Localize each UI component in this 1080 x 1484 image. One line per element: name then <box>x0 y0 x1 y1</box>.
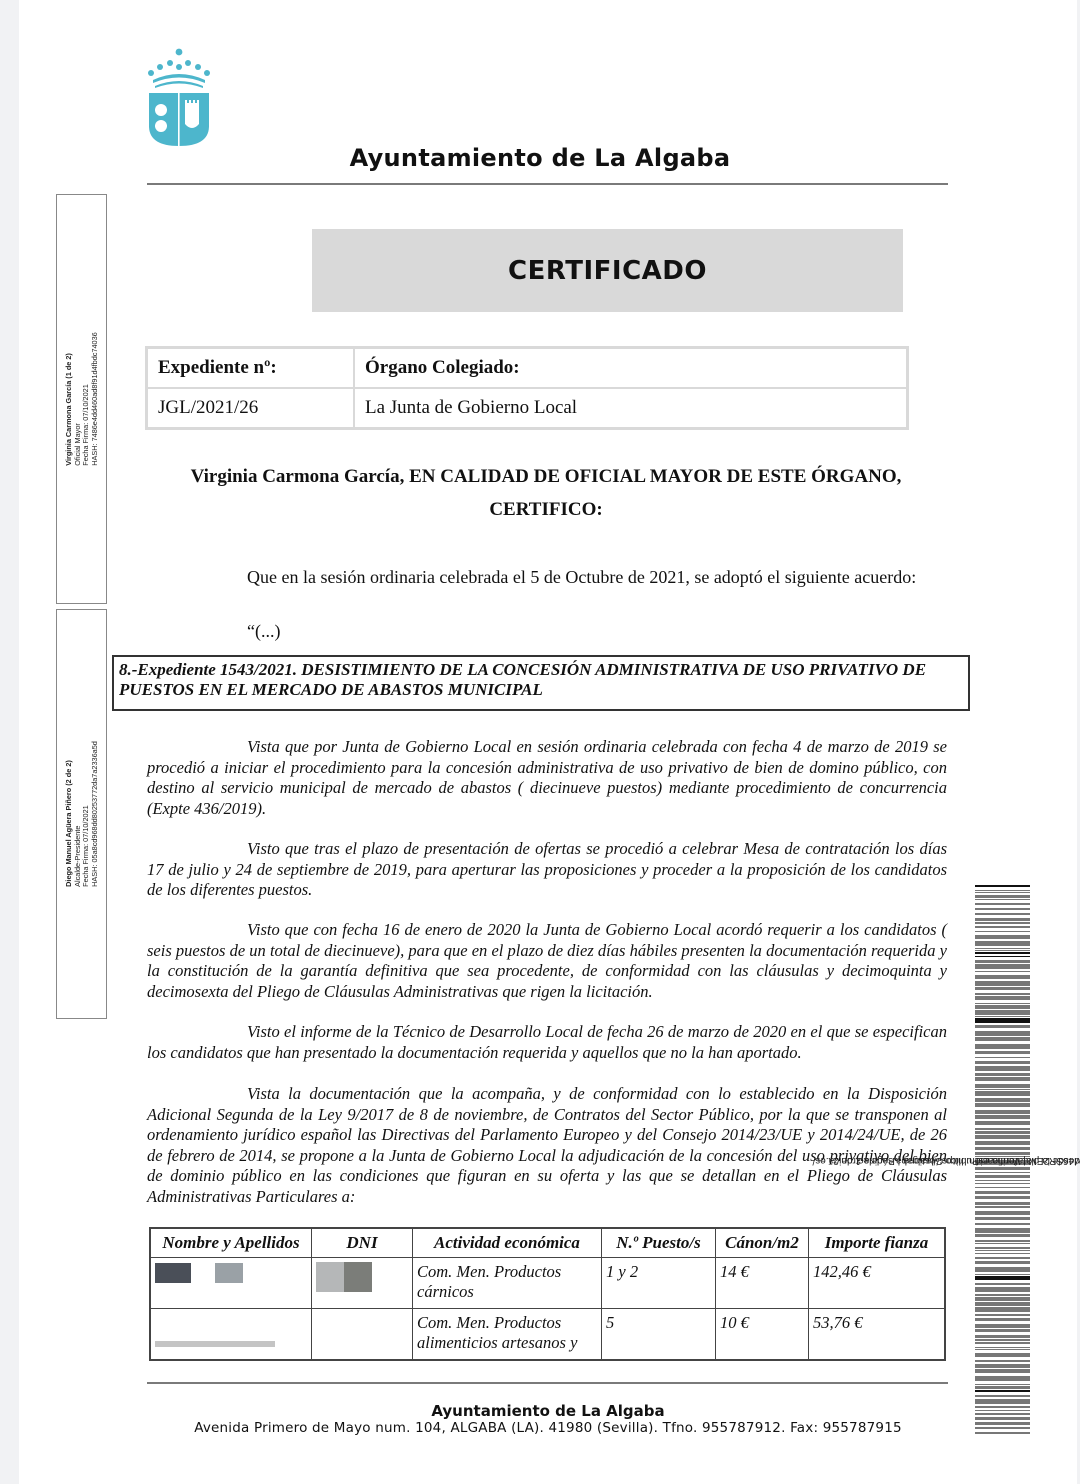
paragraph-5: Vista la documentación que la acompaña, … <box>147 1084 947 1207</box>
table-row: Com. Men. Productos alimenticios artesan… <box>150 1309 945 1361</box>
paragraph-1: Vista que por Junta de Gobierno Local en… <box>147 737 947 819</box>
certifico-line: CERTIFICO: <box>140 499 952 521</box>
intro-paragraph: Que en la sesión ordinaria celebrada el … <box>147 566 947 589</box>
footer-organization: Ayuntamiento de La Algaba <box>0 1402 1080 1420</box>
organo-header: Órgano Colegiado: <box>354 348 908 389</box>
expediente-value: JGL/2021/26 <box>147 388 355 429</box>
activity-cell: Com. Men. Productos cárnicos <box>413 1258 602 1309</box>
signature-text-2: Diego Manuel Agüera Piñero (2 de 2) Alca… <box>64 741 98 887</box>
validation-platform: Documento firmado electrónicamente desde… <box>833 1154 1080 1166</box>
col-activity: Actividad económica <box>413 1228 602 1258</box>
expediente-table: Expediente nº: Órgano Colegiado: JGL/202… <box>145 346 909 430</box>
name-cell-redacted <box>150 1258 312 1309</box>
table-row: Com. Men. Productos cárnicos 1 y 2 14 € … <box>150 1258 945 1309</box>
col-canon: Cánon/m2 <box>716 1228 809 1258</box>
coat-of-arms-icon <box>147 46 211 150</box>
col-name: Nombre y Apellidos <box>150 1228 312 1258</box>
signature-box-1: Virginia Carmona García (1 de 2) Oficial… <box>56 194 107 604</box>
puestos-cell: 5 <box>602 1309 716 1361</box>
signature-text-1: Virginia Carmona García (1 de 2) Oficial… <box>64 332 98 466</box>
col-puestos: N.º Puesto/s <box>602 1228 716 1258</box>
paragraph-4: Visto el informe de la Técnico de Desarr… <box>147 1022 947 1063</box>
canon-cell: 14 € <box>716 1258 809 1309</box>
footer-address: Avenida Primero de Mayo num. 104, ALGABA… <box>0 1420 1080 1436</box>
name-cell-redacted <box>150 1309 312 1361</box>
footer-divider <box>147 1382 948 1384</box>
certifier-line: Virginia Carmona García, EN CALIDAD DE O… <box>140 466 952 488</box>
canon-cell: 10 € <box>716 1309 809 1361</box>
signature-box-2: Diego Manuel Agüera Piñero (2 de 2) Alca… <box>56 609 107 1019</box>
organo-value: La Junta de Gobierno Local <box>354 388 908 429</box>
certificate-title-box: CERTIFICADO <box>312 229 903 312</box>
agenda-item-box: 8.-Expediente 1543/2021. DESISTIMIENTO D… <box>112 655 970 711</box>
puestos-cell: 1 y 2 <box>602 1258 716 1309</box>
header-divider <box>147 183 948 185</box>
activity-cell: Com. Men. Productos alimenticios artesan… <box>413 1309 602 1361</box>
expediente-header: Expediente nº: <box>147 348 355 389</box>
fianza-cell: 53,76 € <box>809 1309 946 1361</box>
adjudication-table: Nombre y Apellidos DNI Actividad económi… <box>149 1227 946 1361</box>
certificate-title: CERTIFICADO <box>508 256 707 286</box>
col-fianza: Importe fianza <box>809 1228 946 1258</box>
col-dni: DNI <box>312 1228 413 1258</box>
organization-title: Ayuntamiento de La Algaba <box>0 144 1080 172</box>
paragraph-3: Visto que con fecha 16 de enero de 2020 … <box>147 920 947 1002</box>
dni-cell-redacted <box>312 1258 413 1309</box>
fianza-cell: 142,46 € <box>809 1258 946 1309</box>
ellipsis-quote: “(...) <box>247 620 280 642</box>
dni-cell-redacted <box>312 1309 413 1361</box>
paragraph-2: Visto que tras el plazo de presentación … <box>147 839 947 901</box>
